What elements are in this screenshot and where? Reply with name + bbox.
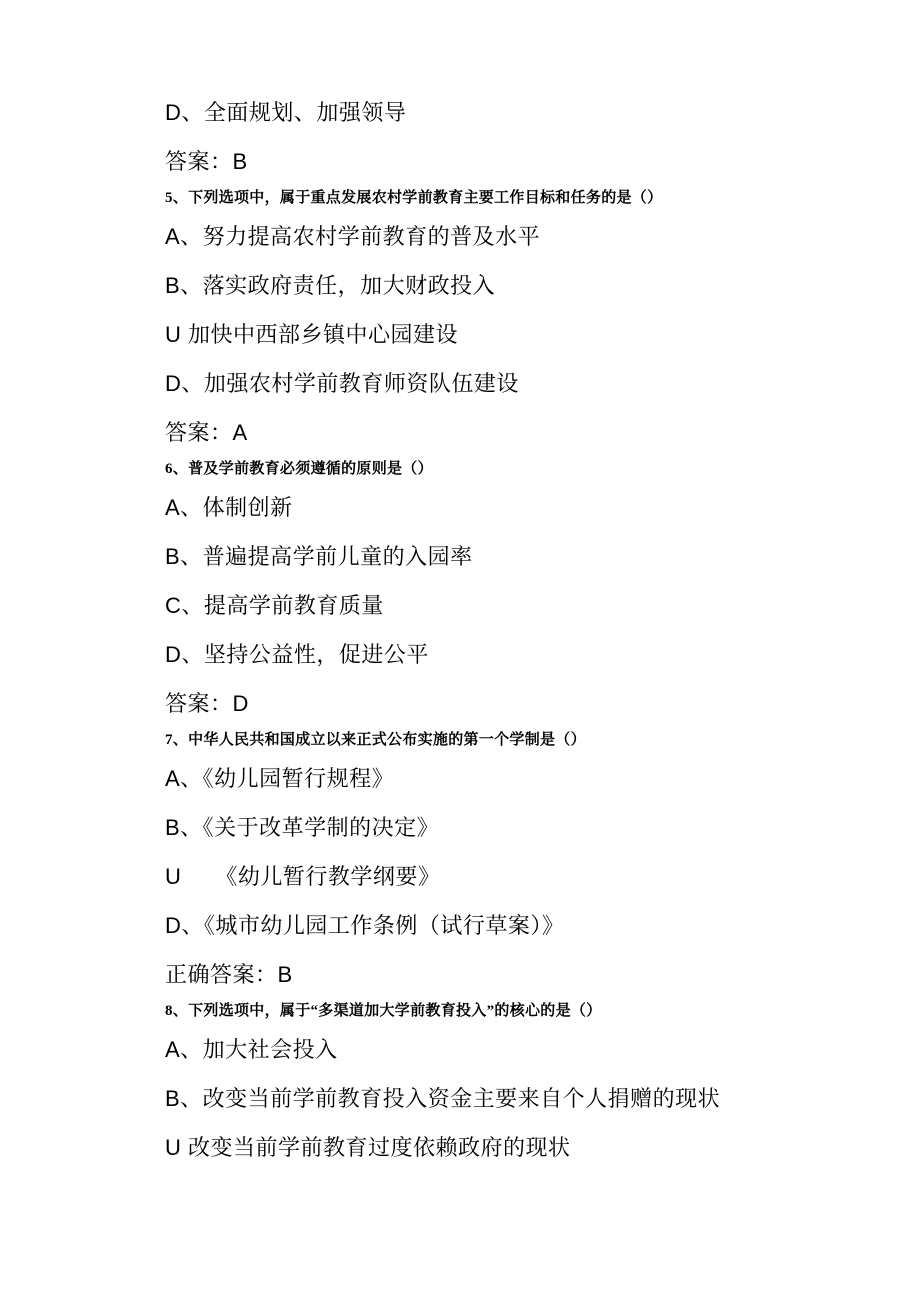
option-line: D、《城市幼儿园工作条例（试行草案）》	[165, 913, 825, 939]
document-page: D、全面规划、加强领导 答案：B 5、下列选项中，属于重点发展农村学前教育主要工…	[0, 0, 920, 1301]
option-line: U 改变当前学前教育过度依赖政府的现状	[165, 1135, 825, 1161]
option-line: A、体制创新	[165, 495, 825, 521]
option-line: B、改变当前学前教育投入资金主要来自个人捐赠的现状	[165, 1086, 825, 1112]
answer-line: 答案：D	[165, 691, 825, 717]
option-line: C、提高学前教育质量	[165, 593, 825, 619]
question-line: 8、下列选项中，属于“多渠道加大学前教育投入”的核心的是（）	[165, 1002, 825, 1021]
option-line: B、《关于改革学制的决定》	[165, 815, 825, 841]
option-line: A、加大社会投入	[165, 1037, 825, 1063]
option-line: D、坚持公益性，促进公平	[165, 642, 825, 668]
question-line: 7、中华人民共和国成立以来正式公布实施的第一个学制是（）	[165, 731, 825, 750]
option-line: B、落实政府责任，加大财政投入	[165, 273, 825, 299]
option-line: A、《幼儿园暂行规程》	[165, 766, 825, 792]
answer-line: 正确答案：B	[165, 962, 825, 988]
option-line: A、努力提高农村学前教育的普及水平	[165, 224, 825, 250]
answer-line: 答案：B	[165, 149, 825, 175]
question-line: 6、普及学前教育必须遵循的原则是（）	[165, 460, 825, 479]
option-line: D、加强农村学前教育师资队伍建设	[165, 371, 825, 397]
option-line: U 加快中西部乡镇中心园建设	[165, 322, 825, 348]
option-line: B、普遍提高学前儿童的入园率	[165, 544, 825, 570]
option-line: U 《幼儿暂行教学纲要》	[165, 864, 825, 890]
answer-line: 答案：A	[165, 420, 825, 446]
option-line: D、全面规划、加强领导	[165, 100, 825, 126]
question-line: 5、下列选项中，属于重点发展农村学前教育主要工作目标和任务的是（）	[165, 189, 825, 208]
